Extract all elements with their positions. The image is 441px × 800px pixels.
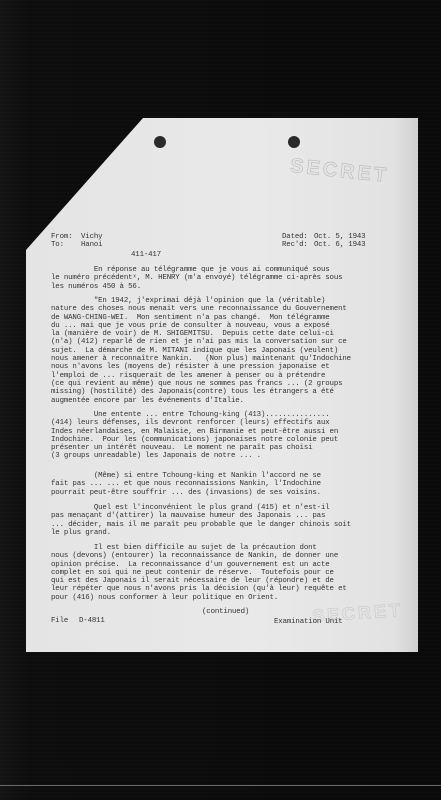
text-line: l'emploi de ... risquerait de les amener… bbox=[51, 372, 401, 380]
examination-unit: Examination Unit bbox=[274, 618, 343, 626]
text-line: En réponse au télégramme que je vous ai … bbox=[51, 266, 401, 274]
text-line: Il est bien difficile au sujet de la pré… bbox=[51, 544, 401, 552]
text-line: du ... mai que je vous prie de consulter… bbox=[51, 322, 401, 330]
text-line: qui est des Japonais il serait nécessair… bbox=[51, 577, 401, 585]
message-numbers: 411-417 bbox=[131, 251, 161, 259]
text-line: la (manière de voir) de M. SHIGEMITSU. D… bbox=[51, 330, 401, 338]
text-line: ... décider, mais il me paraît peu proba… bbox=[51, 521, 401, 529]
text-line: pas menaçant d'(attirer) la mauvaise hum… bbox=[51, 512, 401, 520]
paragraph-6: Il est bien difficile au sujet de la pré… bbox=[51, 544, 401, 602]
text-line: (3 groups unreadable) les Japonais de no… bbox=[51, 452, 401, 460]
text-line: complet en soi qui ne peut contenir de r… bbox=[51, 569, 401, 577]
text-line: Indochine. Pour les (communications) jap… bbox=[51, 436, 401, 444]
text-line: nous n'avons les (moyens de) résister à … bbox=[51, 363, 401, 371]
punch-hole-left bbox=[154, 136, 166, 148]
received-value: Oct. 6, 1943 bbox=[314, 241, 365, 249]
text-line: présenter un intérêt nouveau. Le moment … bbox=[51, 444, 401, 452]
paragraph-4: (Même) si entre Tchoung-king et Nankin l… bbox=[51, 472, 401, 497]
to-label: To: bbox=[51, 241, 64, 249]
to-value: Hanoi bbox=[81, 241, 102, 249]
text-line: les numéros 450 à 56. bbox=[51, 283, 401, 291]
text-line: missing) (hostilité) des Japonais(contre… bbox=[51, 388, 401, 396]
received-label: Rec'd: bbox=[282, 241, 308, 249]
text-line: sujet. La démarche de M. MITANI indique … bbox=[51, 347, 401, 355]
text-line: de WANG-CHING-WEI. Mon sentiment n'a pas… bbox=[51, 314, 401, 322]
text-line: fait pas ... ... et que nous reconnaissi… bbox=[51, 480, 401, 488]
text-line: leur répéter que nous n'avons pris la dé… bbox=[51, 585, 401, 593]
text-line: nous (devons) (entourer) la reconnaissan… bbox=[51, 552, 401, 560]
text-line: le plus grand. bbox=[51, 529, 401, 537]
text-line: nature des choses nous menait vers une r… bbox=[51, 305, 401, 313]
text-line: pour (416) nous conformer à leur politiq… bbox=[51, 594, 401, 602]
paragraph-5: Quel est l'inconvénient le plus grand (4… bbox=[51, 504, 401, 537]
scan-edge-line bbox=[0, 785, 441, 786]
punch-hole-right bbox=[288, 136, 300, 148]
text-line: pourrait peut-être souffrir ... des (inv… bbox=[51, 489, 401, 497]
text-line: "En 1942, j'exprimai déjà l'opinion que … bbox=[51, 297, 401, 305]
text-line: (Même) si entre Tchoung-king et Nankin l… bbox=[51, 472, 401, 480]
continued-note: (continued) bbox=[202, 608, 249, 616]
text-line: Indes néerlandaises, en Malaisie, en Bir… bbox=[51, 428, 401, 436]
text-line: nous amener à reconnaître Nankin. (Non p… bbox=[51, 355, 401, 363]
paragraph-1: En réponse au télégramme que je vous ai … bbox=[51, 266, 401, 291]
file-number: D-4811 bbox=[79, 617, 105, 625]
text-line: Une entente ... entre Tchoung-king (413)… bbox=[51, 411, 401, 419]
text-line: (n'a) (412) reparlé de rien et je n'ai p… bbox=[51, 338, 401, 346]
text-line: (ce qui revient au même) que nous ne som… bbox=[51, 380, 401, 388]
file-label: File bbox=[51, 617, 68, 625]
text-line: le numéro précédentˣ, M. HENRY (m'a envo… bbox=[51, 274, 401, 282]
text-line: augmentée encore par les événements d'It… bbox=[51, 397, 401, 405]
text-line: (414) leurs défenses, ils devront renfor… bbox=[51, 419, 401, 427]
paragraph-2: "En 1942, j'exprimai déjà l'opinion que … bbox=[51, 297, 401, 405]
text-line: Quel est l'inconvénient le plus grand (4… bbox=[51, 504, 401, 512]
paragraph-3: Une entente ... entre Tchoung-king (413)… bbox=[51, 411, 401, 461]
text-line: opinion précise. La reconnaissance d'un … bbox=[51, 561, 401, 569]
